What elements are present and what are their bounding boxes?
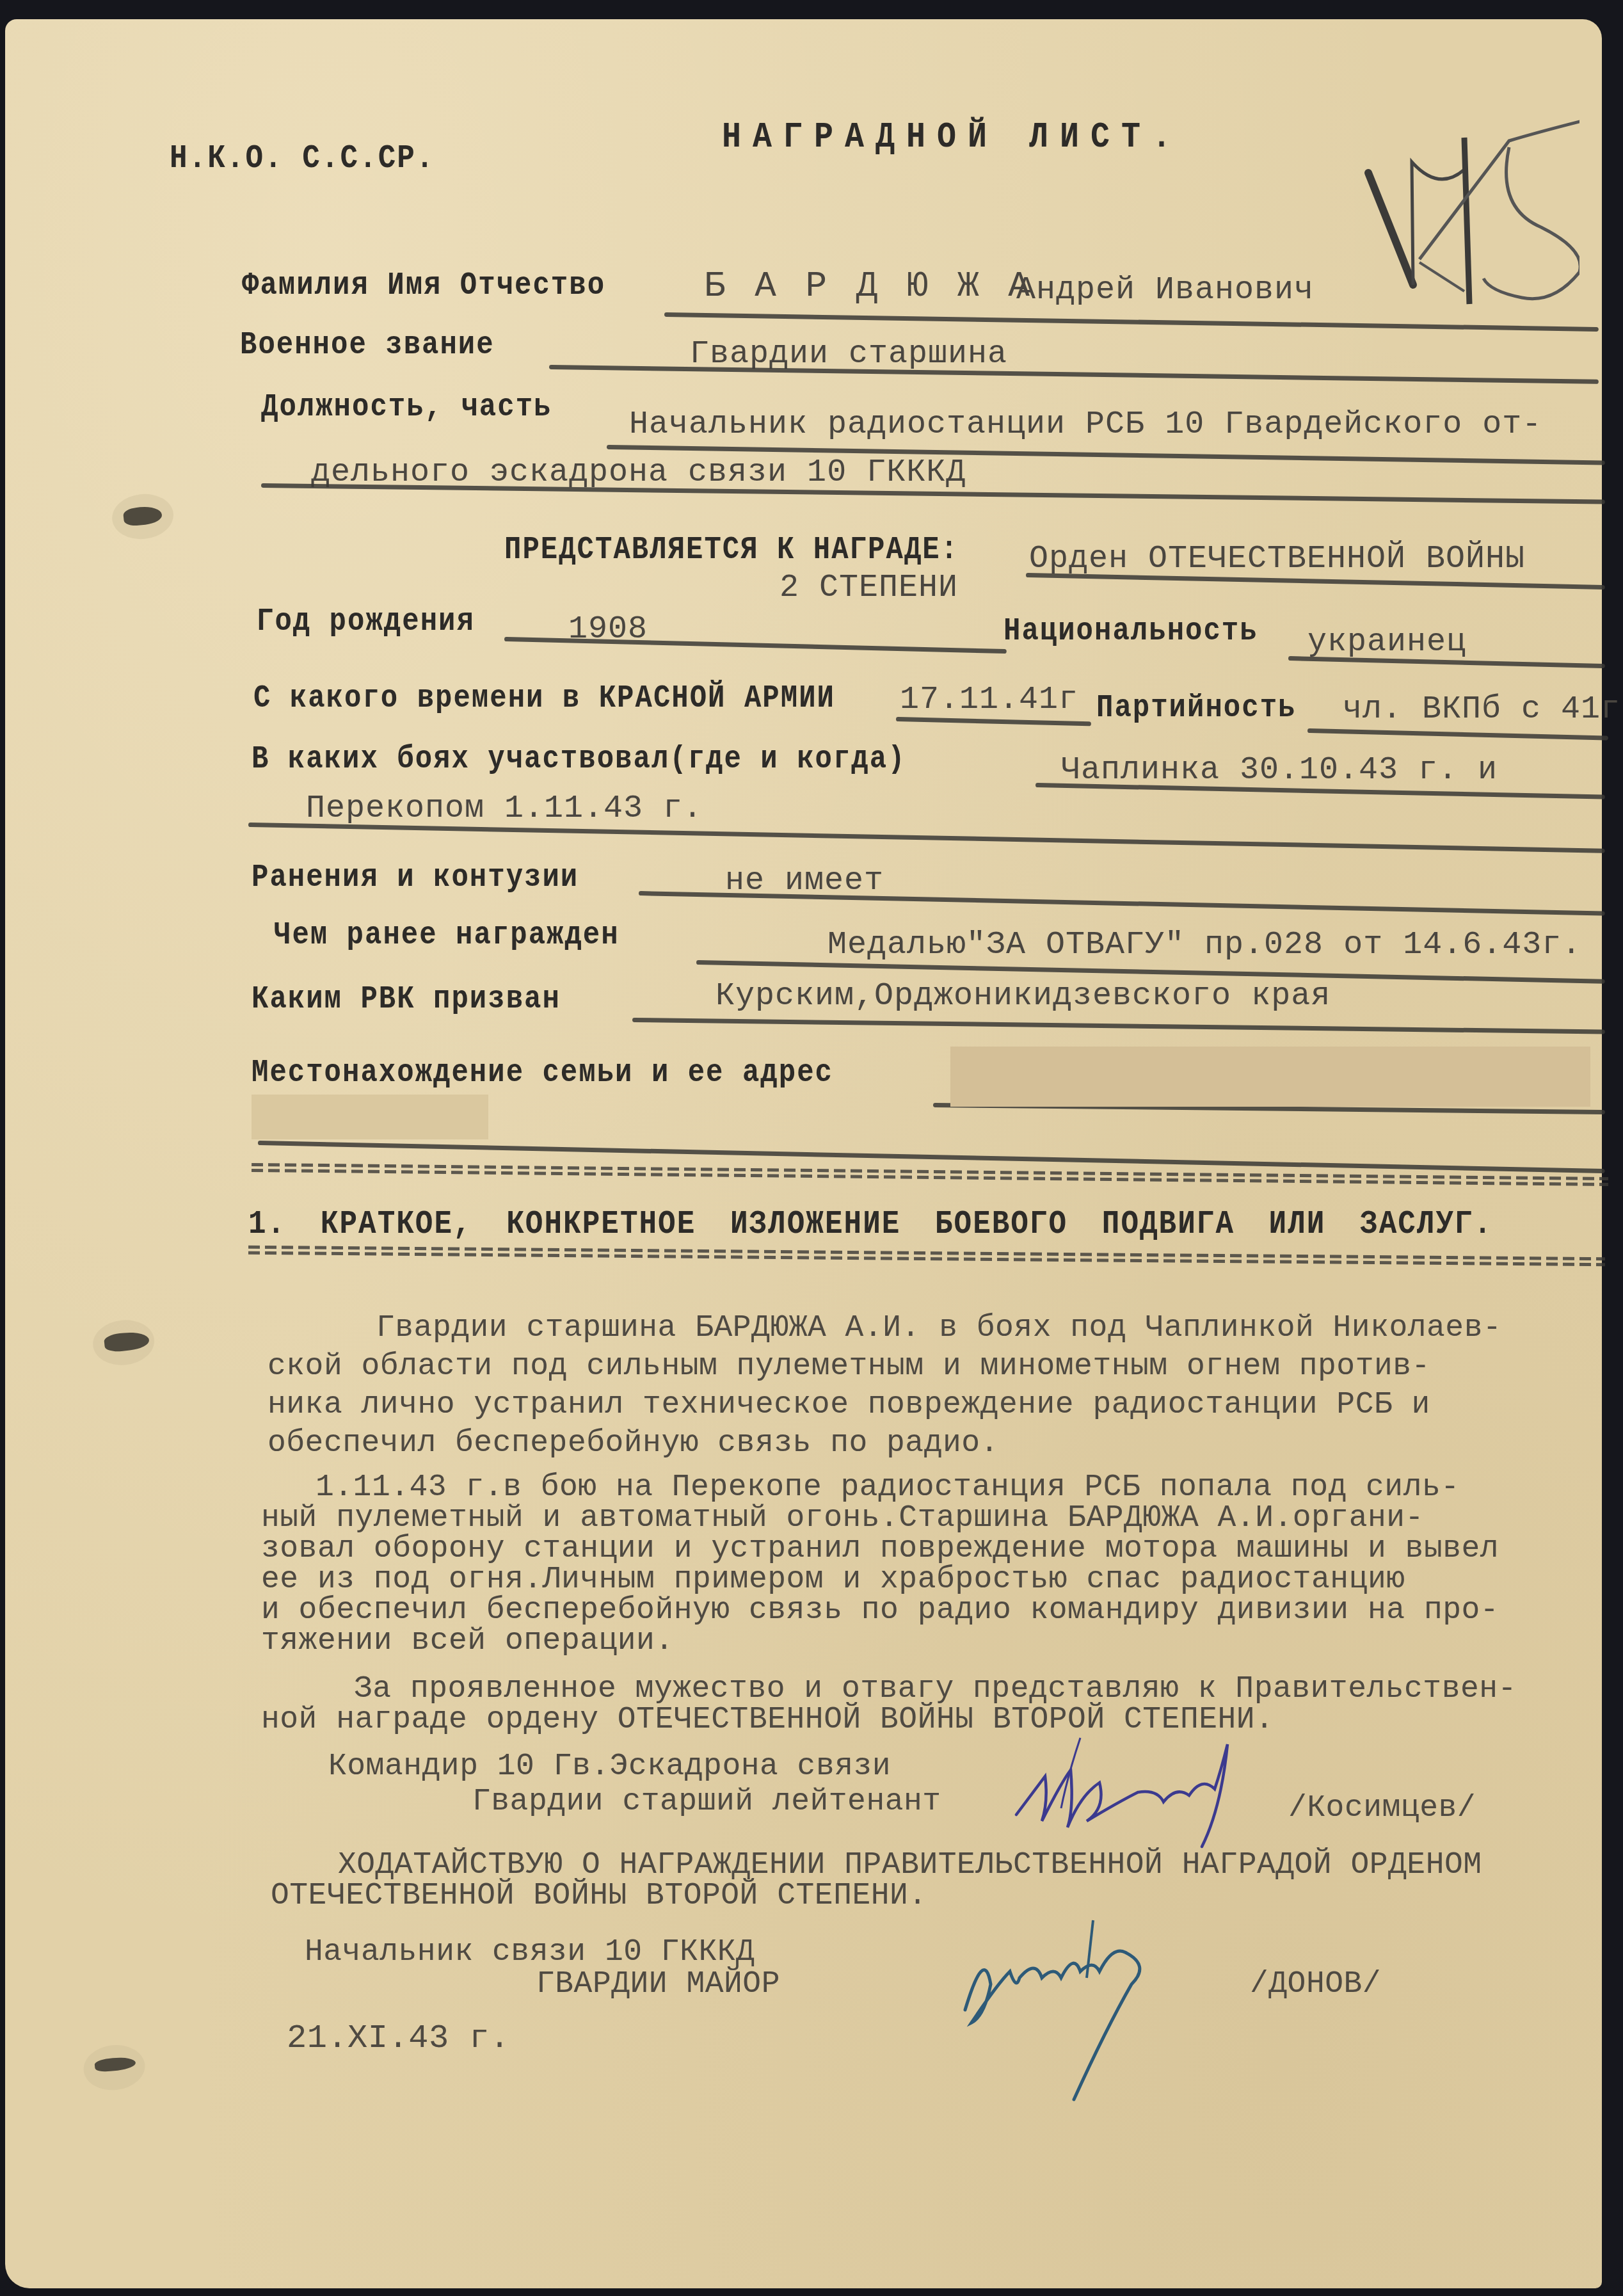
- paragraph-line: Гвардии старшина БАРДЮЖА А.И. в боях под…: [268, 1309, 1501, 1347]
- paragraph-line: ника лично устранил техническое поврежде…: [268, 1386, 1501, 1424]
- label-birth-year: Год рождения: [257, 604, 475, 640]
- value-position-line1: Начальник радиостанции РСБ 10 Гвардейско…: [629, 406, 1542, 443]
- redaction-block: [252, 1095, 488, 1139]
- paragraph-2: 1.11.43 г.в бою на Перекопе радиостанция…: [261, 1472, 1499, 1657]
- chief-title-line2: ГВАРДИИ МАЙОР: [536, 1965, 780, 2003]
- value-battles-line2: Перекопом 1.11.43 г.: [306, 791, 703, 827]
- commander-signature: [1010, 1731, 1279, 1859]
- paragraph-3: За проявленное мужество и отвагу предста…: [261, 1674, 1517, 1735]
- section-heading: 1. КРАТКОЕ, КОНКРЕТНОЕ ИЗЛОЖЕНИЕ БОЕВОГО…: [248, 1206, 1492, 1243]
- value-award-line2: 2 СТЕПЕНИ: [780, 570, 958, 606]
- underline: [248, 823, 1605, 853]
- underline: [639, 891, 1605, 916]
- redaction-block: [950, 1047, 1590, 1107]
- paragraph-line: 1.11.43 г.в бою на Перекопе радиостанция…: [261, 1472, 1499, 1503]
- handwritten-number-1715: [1349, 112, 1579, 317]
- petition-text: ХОДАТАЙСТВУЮ О НАГРАЖДЕНИИ ПРАВИТЕЛЬСТВЕ…: [271, 1850, 1482, 1911]
- document-date: 21.XI.43 г.: [287, 2019, 510, 2058]
- separator-dashed: [248, 1246, 1605, 1266]
- handwritten-number-label: [5, 19, 6, 20]
- label-prior-awards: Чем ранее награжден: [274, 918, 620, 954]
- paragraph-line: обеспечил бесперебойную связь по радио.: [268, 1424, 1501, 1463]
- label-award: ПРЕДСТАВЛЯЕТСЯ К НАГРАДЕ:: [504, 533, 959, 568]
- paragraph-line: ный пулеметный и автоматный огонь.Старши…: [261, 1503, 1499, 1534]
- label-nationality: Национальность: [1003, 614, 1258, 650]
- value-party: чл. ВКПб с 41г: [1343, 691, 1620, 728]
- paragraph-line: зовал оборону станции и устранил поврежд…: [261, 1534, 1499, 1564]
- paragraph-line: тяжении всей операции.: [261, 1626, 1499, 1657]
- paragraph-1: Гвардии старшина БАРДЮЖА А.И. в боях под…: [268, 1309, 1501, 1463]
- paragraph-line: ской области под сильным пулеметным и ми…: [268, 1347, 1501, 1386]
- value-battles-line1: Чаплинка 30.10.43 г. и: [1061, 752, 1498, 789]
- commander-title-line2: Гвардии старший лейтенант: [472, 1783, 941, 1821]
- paragraph-line: За проявленное мужество и отвагу предста…: [261, 1674, 1517, 1705]
- label-party: Партийность: [1096, 691, 1296, 727]
- petition-line: ХОДАТАЙСТВУЮ О НАГРАЖДЕНИИ ПРАВИТЕЛЬСТВЕ…: [271, 1850, 1482, 1881]
- paragraph-line: и обеспечил бесперебойную связь по радио…: [261, 1595, 1499, 1626]
- underline: [549, 365, 1599, 384]
- value-surname: Б А Р Д Ю Ж А: [704, 266, 1034, 307]
- paragraph-line: ее из под огня.Личным примером и храброс…: [261, 1564, 1499, 1595]
- label-battles: В каких боях участвовал(где и когда): [252, 742, 906, 778]
- value-army-since: 17.11.41г: [900, 682, 1078, 718]
- underline: [896, 717, 1091, 726]
- org-header: Н.К.О. С.С.СР.: [170, 140, 435, 177]
- paragraph-line: ной награде ордену ОТЕЧЕСТВЕННОЙ ВОЙНЫ В…: [261, 1705, 1517, 1735]
- label-family-address: Местонахождение семьи и ее адрес: [252, 1056, 833, 1091]
- award-sheet-page: Н.К.О. С.С.СР. НАГРАДНОЙ ЛИСТ. Фамилия И…: [5, 19, 1602, 2288]
- label-position: Должность, часть: [261, 390, 552, 426]
- chief-signature: [946, 1914, 1202, 2106]
- punch-hole: [123, 505, 163, 527]
- label-wounds: Ранения и контузии: [252, 860, 579, 896]
- underline: [1307, 728, 1608, 740]
- label-army-since: С какого времени в КРАСНОЙ АРМИИ: [253, 681, 835, 717]
- commander-title-line1: Командир 10 Гв.Эскадрона связи: [328, 1747, 891, 1786]
- value-draft-office: Курским,Орджоникидзевского края: [716, 978, 1331, 1015]
- value-nationality: украинец: [1307, 624, 1466, 661]
- value-given-name: Андрей Иванович: [1016, 272, 1314, 309]
- value-award-line1: Орден ОТЕЧЕСТВЕННОЙ ВОЙНЫ: [1029, 541, 1525, 577]
- chief-name: /ДОНОВ/: [1250, 1965, 1381, 2003]
- label-draft-office: Каким РВК призван: [252, 982, 561, 1018]
- document-title: НАГРАДНОЙ ЛИСТ.: [722, 117, 1183, 158]
- label-full-name: Фамилия Имя Отчество: [242, 268, 605, 304]
- value-prior-awards: Медалью"ЗА ОТВАГУ" пр.028 от 14.6.43г.: [827, 927, 1581, 963]
- label-rank: Военное звание: [240, 328, 495, 364]
- punch-hole: [94, 2056, 136, 2073]
- commander-name: /Косимцев/: [1288, 1789, 1476, 1827]
- petition-line: ОТЕЧЕСТВЕННОЙ ВОЙНЫ ВТОРОЙ СТЕПЕНИ.: [271, 1881, 1482, 1911]
- punch-hole: [104, 1330, 150, 1353]
- underline: [632, 1018, 1605, 1034]
